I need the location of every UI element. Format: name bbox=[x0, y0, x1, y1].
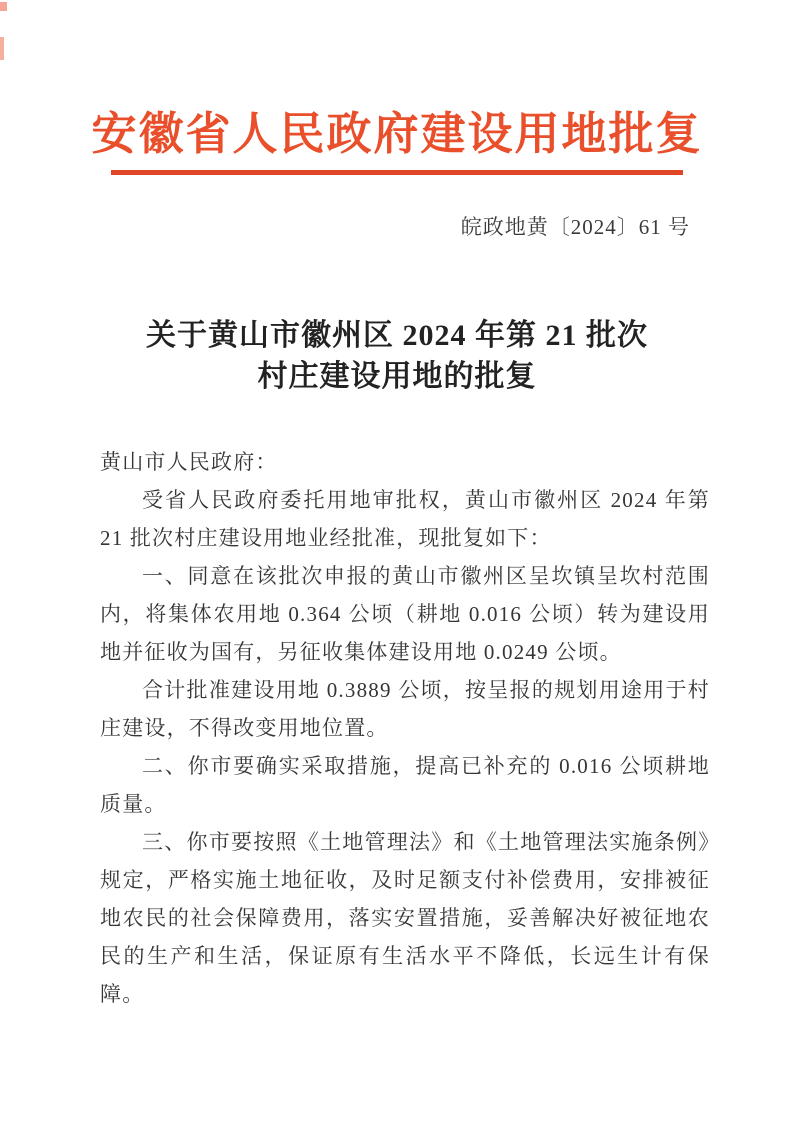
document-title: 关于黄山市徽州区 2024 年第 21 批次 村庄建设用地的批复 bbox=[0, 315, 794, 397]
scan-mark-top-left bbox=[0, 2, 7, 11]
document-number: 皖政地黄〔2024〕61 号 bbox=[0, 213, 690, 241]
paragraph-item-3: 三、你市要按照《土地管理法》和《土地管理法实施条例》规定，严格实施土地征收，及时… bbox=[100, 823, 710, 1013]
scan-mark-left-edge bbox=[0, 37, 4, 60]
paragraph-intro: 受省人民政府委托用地审批权，黄山市徽州区 2024 年第 21 批次村庄建设用地… bbox=[100, 481, 710, 557]
letterhead-title: 安徽省人民政府建设用地批复 bbox=[0, 106, 794, 162]
paragraph-item-1-total: 合计批准建设用地 0.3889 公顷，按呈报的规划用途用于村庄建设，不得改变用地… bbox=[100, 671, 710, 747]
document-title-line2: 村庄建设用地的批复 bbox=[0, 356, 794, 397]
paragraph-item-2: 二、你市要确实采取措施，提高已补充的 0.016 公顷耕地质量。 bbox=[100, 747, 710, 823]
document-page: 安徽省人民政府建设用地批复 皖政地黄〔2024〕61 号 关于黄山市徽州区 20… bbox=[0, 0, 794, 1122]
paragraph-item-1: 一、同意在该批次申报的黄山市徽州区呈坎镇呈坎村范围内，将集体农用地 0.364 … bbox=[100, 557, 710, 671]
document-title-line1: 关于黄山市徽州区 2024 年第 21 批次 bbox=[0, 315, 794, 356]
letterhead-header: 安徽省人民政府建设用地批复 bbox=[0, 106, 794, 175]
letterhead-rule bbox=[111, 170, 683, 175]
document-body: 黄山市人民政府： 受省人民政府委托用地审批权，黄山市徽州区 2024 年第 21… bbox=[100, 443, 710, 1013]
salutation: 黄山市人民政府： bbox=[100, 443, 710, 481]
